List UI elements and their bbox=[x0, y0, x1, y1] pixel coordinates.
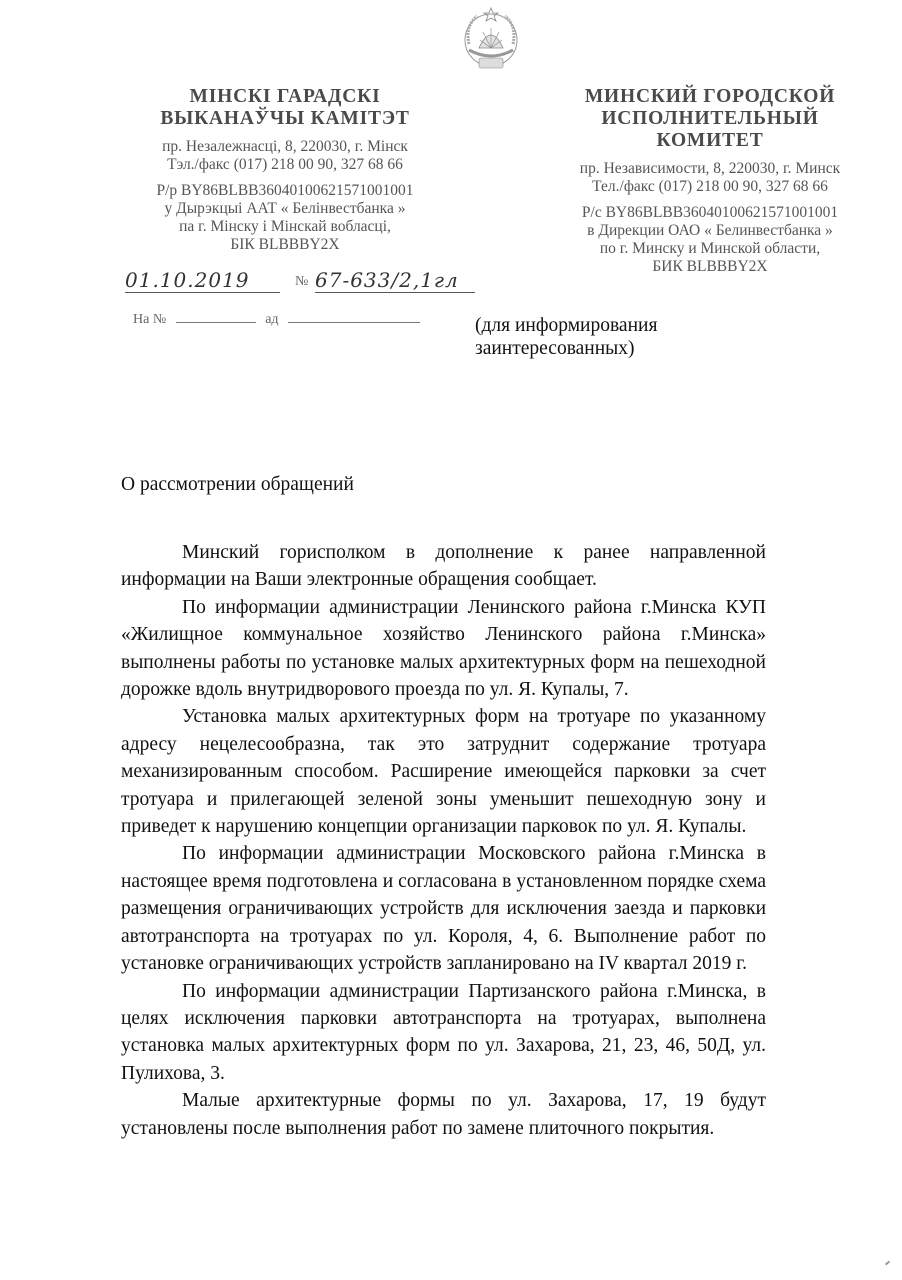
org-bank-line2: по г. Минску и Минской области, bbox=[545, 240, 875, 258]
addressee: (для информирования заинтересованных) bbox=[475, 314, 657, 360]
org-bank-line1: у Дырэкцыі ААТ « Белінвестбанка » bbox=[120, 200, 450, 218]
body-paragraph: По информации администрации Московского … bbox=[121, 840, 766, 977]
org-bank-line1: в Дирекции ОАО « Белинвестбанка » bbox=[545, 222, 875, 240]
org-bic: БІК BLBBBY2X bbox=[120, 236, 450, 254]
org-address: пр. Независимости, 8, 220030, г. Минск bbox=[545, 160, 875, 178]
letterhead-russian: МИНСКИЙ ГОРОДСКОЙ ИСПОЛНИТЕЛЬНЫЙ КОМИТЕТ… bbox=[545, 86, 875, 276]
outgoing-number: 67-633/2,1гл bbox=[315, 268, 475, 293]
reference-date-blank bbox=[288, 321, 420, 323]
org-phone: Тел./факс (017) 218 00 90, 327 68 66 bbox=[545, 178, 875, 196]
letterhead-belarusian: МІНСКІ ГАРАДСКІ ВЫКАНАЎЧЫ КАМІТЭТ пр. Не… bbox=[120, 86, 450, 254]
org-title-line2: ВЫКАНАЎЧЫ КАМІТЭТ bbox=[120, 108, 450, 130]
reference-from-label: ад bbox=[265, 312, 278, 327]
org-title-line1: МІНСКІ ГАРАДСКІ bbox=[120, 86, 450, 108]
body-paragraph: По информации администрации Партизанског… bbox=[121, 978, 766, 1088]
org-phone: Тэл./факс (017) 218 00 90, 327 68 66 bbox=[120, 156, 450, 174]
coat-of-arms-icon bbox=[455, 2, 527, 76]
org-title-line2: ИСПОЛНИТЕЛЬНЫЙ КОМИТЕТ bbox=[545, 108, 875, 152]
org-account: Р/с BY86BLBB36040100621571001001 bbox=[545, 204, 875, 222]
outgoing-date: 01.10.2019 bbox=[125, 268, 280, 293]
scan-artifact bbox=[885, 1261, 890, 1266]
letter-body: Минский горисполком в дополнение к ранее… bbox=[121, 539, 766, 1142]
registration-block: 01.10.2019 № 67-633/2,1гл На № ад bbox=[125, 268, 485, 328]
org-address: пр. Незалежнасці, 8, 220030, г. Мінск bbox=[120, 138, 450, 156]
body-paragraph: Установка малых архитектурных форм на тр… bbox=[121, 703, 766, 840]
body-paragraph: По информации администрации Ленинского р… bbox=[121, 594, 766, 704]
org-bank-line2: па г. Мінску і Мінскай вобласці, bbox=[120, 218, 450, 236]
org-account: Р/р BY86BLBB36040100621571001001 bbox=[120, 182, 450, 200]
letter-subject: О рассмотрении обращений bbox=[121, 474, 354, 496]
body-paragraph: Минский горисполком в дополнение к ранее… bbox=[121, 539, 766, 594]
reference-label: На № bbox=[133, 312, 166, 327]
reference-row: На № ад bbox=[133, 312, 426, 328]
reference-number-blank bbox=[176, 321, 256, 323]
addressee-line1: (для информирования bbox=[475, 314, 657, 337]
body-paragraph: Малые архитектурные формы по ул. Захаров… bbox=[121, 1087, 766, 1142]
number-label: № bbox=[295, 274, 308, 290]
org-title-line1: МИНСКИЙ ГОРОДСКОЙ bbox=[545, 86, 875, 108]
addressee-line2: заинтересованных) bbox=[475, 337, 657, 360]
org-bic: БИК BLBBBY2X bbox=[545, 258, 875, 276]
